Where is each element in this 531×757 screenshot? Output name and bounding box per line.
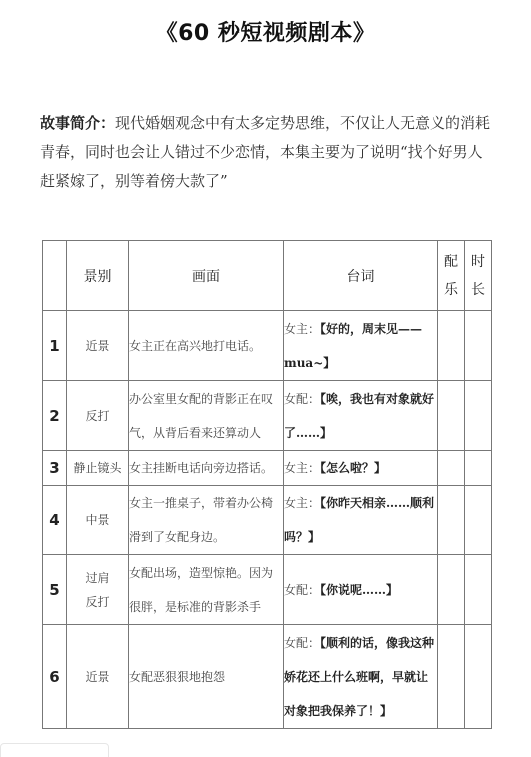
shot-type: 反打 — [67, 381, 129, 451]
scene-description: 女配恶狠狠地抱怨 — [129, 625, 284, 729]
header-duration: 时长 — [465, 241, 492, 311]
music-cell — [438, 381, 465, 451]
duration-cell — [465, 486, 492, 555]
header-scene: 画面 — [129, 241, 284, 311]
row-number: 3 — [43, 451, 67, 486]
story-synopsis: 故事简介：现代婚姻观念中有太多定势思维，不仅让人无意义的消耗青春，同时也会让人错… — [40, 109, 495, 196]
speaker: 女配： — [284, 392, 320, 406]
duration-cell — [465, 311, 492, 381]
shot-type: 过肩反打 — [67, 555, 129, 625]
music-cell — [438, 451, 465, 486]
script-table: 景别 画面 台词 配乐 时长 1 近景 女主正在高兴地打电话。 女主：【好的，周… — [42, 240, 492, 729]
header-line: 台词 — [284, 241, 438, 311]
speaker: 女主： — [284, 322, 320, 336]
music-cell — [438, 625, 465, 729]
dialogue: 女配：【你说呢……】 — [284, 555, 438, 625]
header-music: 配乐 — [438, 241, 465, 311]
table-row: 5 过肩反打 女配出场，造型惊艳。因为很胖，是标准的背影杀手 女配：【你说呢……… — [43, 555, 492, 625]
table-row: 3 静止镜头 女主挂断电话向旁边搭话。 女主：【怎么啦？】 — [43, 451, 492, 486]
duration-cell — [465, 555, 492, 625]
table-row: 2 反打 办公室里女配的背影正在叹气，从背后看来还算动人 女配：【唉，我也有对象… — [43, 381, 492, 451]
duration-cell — [465, 381, 492, 451]
dialogue: 女主：【怎么啦？】 — [284, 451, 438, 486]
scene-description: 女配出场，造型惊艳。因为很胖，是标准的背影杀手 — [129, 555, 284, 625]
scene-description: 办公室里女配的背影正在叹气，从背后看来还算动人 — [129, 381, 284, 451]
table-row: 1 近景 女主正在高兴地打电话。 女主：【好的，周末见——mua~】 — [43, 311, 492, 381]
dialogue: 女配：【顺利的话，像我这种娇花还上什么班啊，早就让对象把我保养了！】 — [284, 625, 438, 729]
dialogue-text: 【你说呢……】 — [320, 583, 398, 597]
duration-cell — [465, 625, 492, 729]
shot-type: 静止镜头 — [67, 451, 129, 486]
dialogue-text: 【怎么啦？】 — [320, 461, 386, 475]
row-number: 5 — [43, 555, 67, 625]
table-row: 6 近景 女配恶狠狠地抱怨 女配：【顺利的话，像我这种娇花还上什么班啊，早就让对… — [43, 625, 492, 729]
scene-description: 女主挂断电话向旁边搭话。 — [129, 451, 284, 486]
speaker: 女配： — [284, 636, 320, 650]
row-number: 1 — [43, 311, 67, 381]
duration-cell — [465, 451, 492, 486]
music-cell — [438, 486, 465, 555]
document-title: 《60 秒短视频剧本》 — [0, 16, 531, 47]
header-shot: 景别 — [67, 241, 129, 311]
row-number: 4 — [43, 486, 67, 555]
dialogue: 女主：【你昨天相亲……顺利吗？】 — [284, 486, 438, 555]
music-cell — [438, 311, 465, 381]
header-num — [43, 241, 67, 311]
scene-description: 女主正在高兴地打电话。 — [129, 311, 284, 381]
synopsis-label: 故事简介： — [40, 114, 115, 132]
dialogue: 女主：【好的，周末见——mua~】 — [284, 311, 438, 381]
speaker: 女配： — [284, 583, 320, 597]
table-row: 4 中景 女主一推桌子，带着办公椅滑到了女配身边。 女主：【你昨天相亲……顺利吗… — [43, 486, 492, 555]
shot-type: 近景 — [67, 311, 129, 381]
row-number: 6 — [43, 625, 67, 729]
music-cell — [438, 555, 465, 625]
shot-type: 近景 — [67, 625, 129, 729]
speaker: 女主： — [284, 496, 320, 510]
bottom-overlay-card — [0, 743, 109, 757]
table-header-row: 景别 画面 台词 配乐 时长 — [43, 241, 492, 311]
shot-type: 中景 — [67, 486, 129, 555]
speaker: 女主： — [284, 461, 320, 475]
row-number: 2 — [43, 381, 67, 451]
scene-description: 女主一推桌子，带着办公椅滑到了女配身边。 — [129, 486, 284, 555]
dialogue: 女配：【唉，我也有对象就好了……】 — [284, 381, 438, 451]
